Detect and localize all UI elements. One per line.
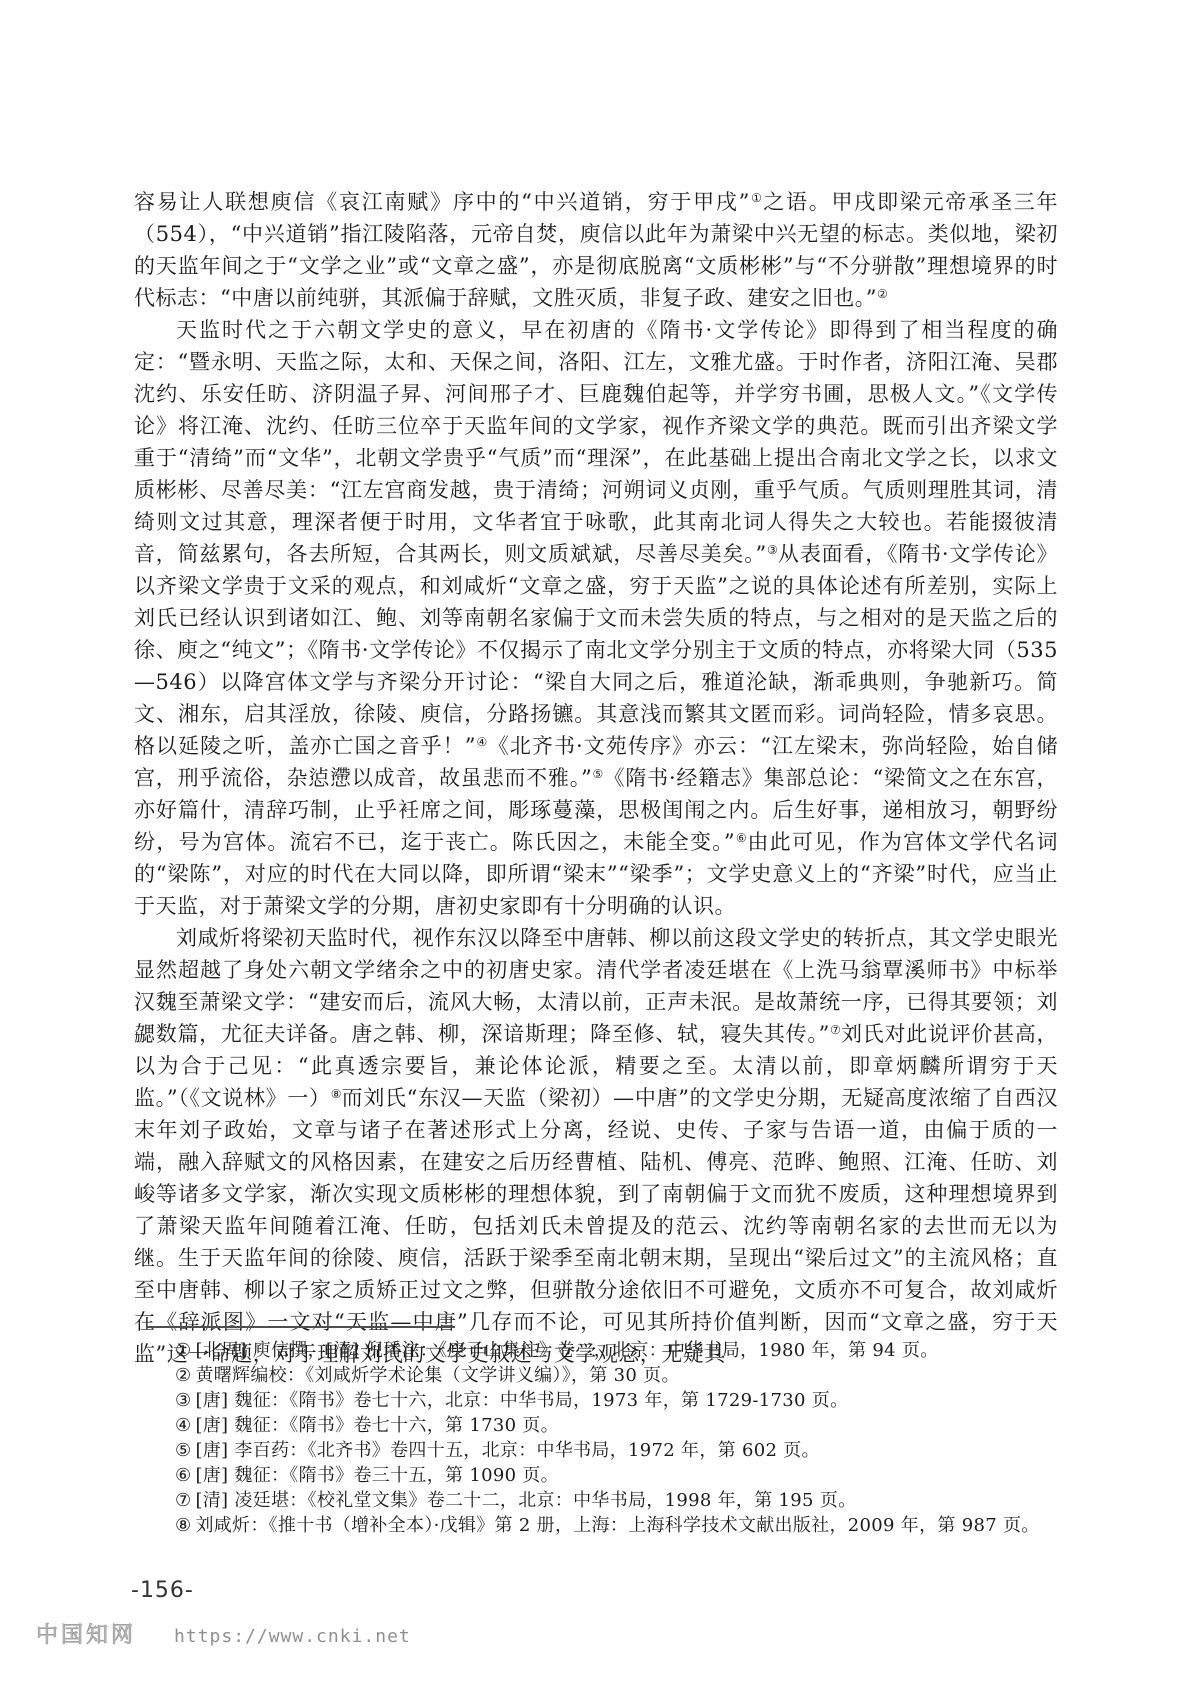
footnote-item: ③[唐] 魏征：《隋书》卷七十六，北京：中华书局，1973 年，第 1729-1… bbox=[175, 1388, 1058, 1413]
article-paragraph: 天监时代之于六朝文学史的意义，早在初唐的《隋书·文学传论》即得到了相当程度的确定… bbox=[134, 314, 1058, 922]
footnote-marker: ⑦ bbox=[175, 1490, 191, 1511]
footnote-text: [清] 凌廷堪：《校礼堂文集》卷二十二，北京：中华书局，1998 年，第 195… bbox=[195, 1490, 856, 1511]
footnote-separator-rule bbox=[147, 1326, 455, 1328]
cnki-url-watermark: https://www.cnki.net bbox=[174, 1626, 411, 1647]
footnote-text: 刘咸炘：《推十书（增补全本）·戊辑》第 2 册，上海：上海科学技术文献出版社，2… bbox=[195, 1515, 1039, 1536]
footnote-text: [唐] 魏征：《隋书》卷七十六，第 1730 页。 bbox=[195, 1415, 559, 1436]
cnki-brand-watermark: 中国知网 bbox=[36, 1618, 136, 1649]
footnote-text: [唐] 魏征：《隋书》卷七十六，北京：中华书局，1973 年，第 1729-17… bbox=[195, 1390, 848, 1411]
footnote-marker: ⑤ bbox=[175, 1440, 191, 1461]
article-paragraph: 容易让人联想庾信《哀江南赋》序中的“中兴道销，穷于甲戌”①之语。甲戌即梁元帝承圣… bbox=[134, 186, 1058, 314]
footnote-text: [北周] 庾信撰，[清] 倪璠注：《庾子山集注》卷二，北京：中华书局，1980 … bbox=[195, 1340, 938, 1361]
footnote-marker: ③ bbox=[175, 1390, 191, 1411]
footnote-item: ⑦[清] 凌廷堪：《校礼堂文集》卷二十二，北京：中华书局，1998 年，第 19… bbox=[175, 1488, 1058, 1513]
footnote-text: 黄曙辉编校：《刘咸炘学术论集（文学讲义编）》，第 30 页。 bbox=[195, 1365, 679, 1386]
footnote-list: ①[北周] 庾信撰，[清] 倪璠注：《庾子山集注》卷二，北京：中华书局，1980… bbox=[134, 1338, 1058, 1538]
footnote-item: ⑧刘咸炘：《推十书（增补全本）·戊辑》第 2 册，上海：上海科学技术文献出版社，… bbox=[175, 1513, 1058, 1538]
footnote-text: [唐] 魏征：《隋书》卷三十五，第 1090 页。 bbox=[195, 1465, 559, 1486]
footnote-marker: ⑧ bbox=[175, 1515, 191, 1536]
footnote-section: ①[北周] 庾信撰，[清] 倪璠注：《庾子山集注》卷二，北京：中华书局，1980… bbox=[134, 1326, 1058, 1538]
article-paragraph: 刘咸炘将梁初天监时代，视作东汉以降至中唐韩、柳以前这段文学史的转折点，其文学史眼… bbox=[134, 922, 1058, 1370]
footnote-item: ⑥[唐] 魏征：《隋书》卷三十五，第 1090 页。 bbox=[175, 1463, 1058, 1488]
footnote-item: ④[唐] 魏征：《隋书》卷七十六，第 1730 页。 bbox=[175, 1413, 1058, 1438]
footnote-marker: ④ bbox=[175, 1415, 191, 1436]
footnote-item: ②黄曙辉编校：《刘咸炘学术论集（文学讲义编）》，第 30 页。 bbox=[175, 1363, 1058, 1388]
cnki-watermark: 中国知网 https://www.cnki.net bbox=[36, 1618, 411, 1649]
footnote-item: ①[北周] 庾信撰，[清] 倪璠注：《庾子山集注》卷二，北京：中华书局，1980… bbox=[175, 1338, 1058, 1363]
article-body: 容易让人联想庾信《哀江南赋》序中的“中兴道销，穷于甲戌”①之语。甲戌即梁元帝承圣… bbox=[134, 186, 1058, 1370]
journal-page: 容易让人联想庾信《哀江南赋》序中的“中兴道销，穷于甲戌”①之语。甲戌即梁元帝承圣… bbox=[0, 0, 1190, 1683]
page-number: -156- bbox=[131, 1578, 194, 1603]
footnote-marker: ① bbox=[175, 1340, 191, 1361]
footnote-marker: ② bbox=[175, 1365, 191, 1386]
footnote-item: ⑤[唐] 李百药：《北齐书》卷四十五，北京：中华书局，1972 年，第 602 … bbox=[175, 1438, 1058, 1463]
footnote-marker: ⑥ bbox=[175, 1465, 191, 1486]
footnote-text: [唐] 李百药：《北齐书》卷四十五，北京：中华书局，1972 年，第 602 页… bbox=[195, 1440, 819, 1461]
